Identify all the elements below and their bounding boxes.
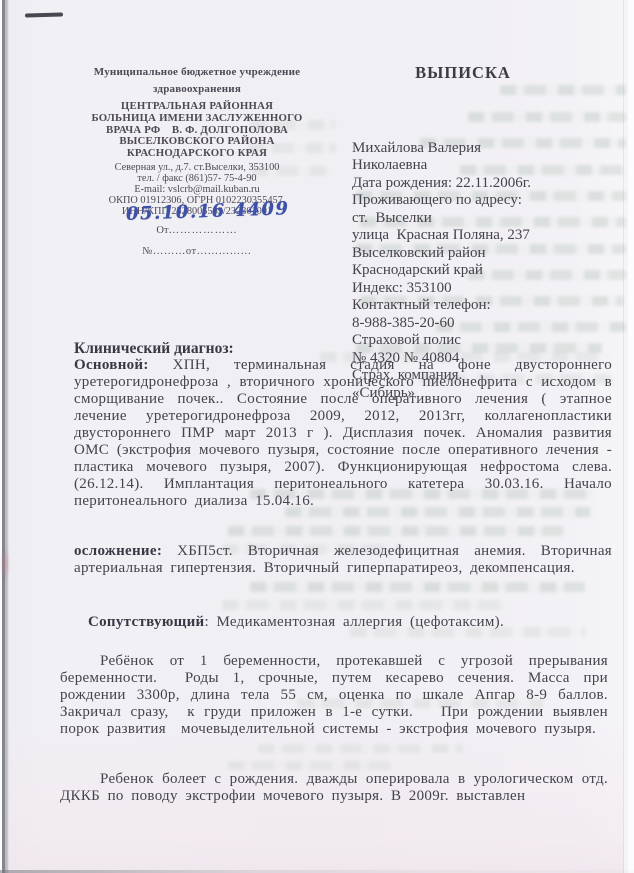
patient-info-line: 8-988-385-20-60	[352, 315, 628, 333]
hospital-contact-line: E-mail: vslcrb@mail.kuban.ru	[52, 184, 342, 195]
scan-artifact-dash	[25, 13, 63, 17]
letterhead: Муниципальное бюджетное учреждение здрав…	[52, 64, 342, 257]
disease-history-paragraph: Ребенок болеет с рождения. дважды оперир…	[60, 771, 608, 805]
patient-info-line: Михайлова Валерия	[352, 140, 628, 158]
main-diagnosis-text: ХПН, терминальная стадия на фоне двустор…	[74, 357, 620, 509]
patient-info-line: улица Красная Поляна, 237	[352, 227, 628, 245]
scan-artifact-smudge	[0, 546, 10, 580]
complication-label: осложнение:	[74, 543, 162, 559]
hospital-name-line: КРАСНОДАРСКОГО КРАЯ	[52, 148, 342, 160]
concomitant-text: : Медикаментозная аллергия (цефотаксим).	[204, 614, 504, 630]
concomitant-label: Сопутствующий	[88, 614, 204, 630]
patient-info-line: Выселковский район	[352, 245, 628, 263]
concomitant-paragraph: Сопутствующий: Медикаментозная аллергия …	[74, 614, 612, 631]
main-diagnosis-label: Основной:	[74, 357, 149, 373]
org-type-line-2: здравоохранения	[52, 81, 342, 98]
patient-info-line: Проживающего по адресу:	[352, 192, 628, 210]
outgoing-number-line: От………………	[52, 225, 342, 236]
organization-type: Муниципальное бюджетное учреждение здрав…	[52, 64, 342, 97]
org-type-line-1: Муниципальное бюджетное учреждение	[52, 64, 342, 81]
complication-paragraph: осложнение: ХБП5ст. Вторичная железодефи…	[74, 543, 612, 594]
scanned-document-page: Муниципальное бюджетное учреждение здрав…	[0, 0, 634, 873]
patient-info-line: Индекс: 353100	[352, 280, 628, 298]
dotted-leader: ………………	[169, 225, 238, 236]
hospital-contact-line: Северная ул., д.7. ст.Выселки, 353100	[52, 162, 342, 173]
clinical-diagnosis-heading: Клинический диагноз:	[74, 340, 612, 357]
main-diagnosis-paragraph: Основной: ХПН, терминальная стадия на фо…	[74, 357, 612, 527]
patient-info-line: Дата рождения: 22.11.2006г.	[352, 175, 628, 193]
number-date-line: №………от……………	[52, 246, 342, 257]
from-label: От	[156, 225, 168, 236]
birth-history-paragraph: Ребёнок от 1 беременности, протекавшей с…	[60, 653, 608, 755]
hospital-contact-line: тел. / факс (861)57- 75-4-90	[52, 173, 342, 184]
document-body: Клинический диагноз: Основной: ХПН, терм…	[74, 340, 612, 805]
hospital-name: ЦЕНТРАЛЬНАЯ РАЙОННАЯБОЛЬНИЦА ИМЕНИ ЗАСЛУ…	[52, 101, 342, 160]
patient-info-line: ст. Выселки	[352, 210, 628, 228]
document-title: ВЫПИСКА	[352, 63, 574, 83]
patient-info-line: Николаевна	[352, 157, 628, 175]
scan-edge-left	[0, 0, 9, 873]
patient-info-line: Контактный телефон:	[352, 297, 628, 315]
hospital-name-line: БОЛЬНИЦА ИМЕНИ ЗАСЛУЖЕННОГО	[52, 113, 342, 125]
patient-info-line: Краснодарский край	[352, 262, 628, 280]
